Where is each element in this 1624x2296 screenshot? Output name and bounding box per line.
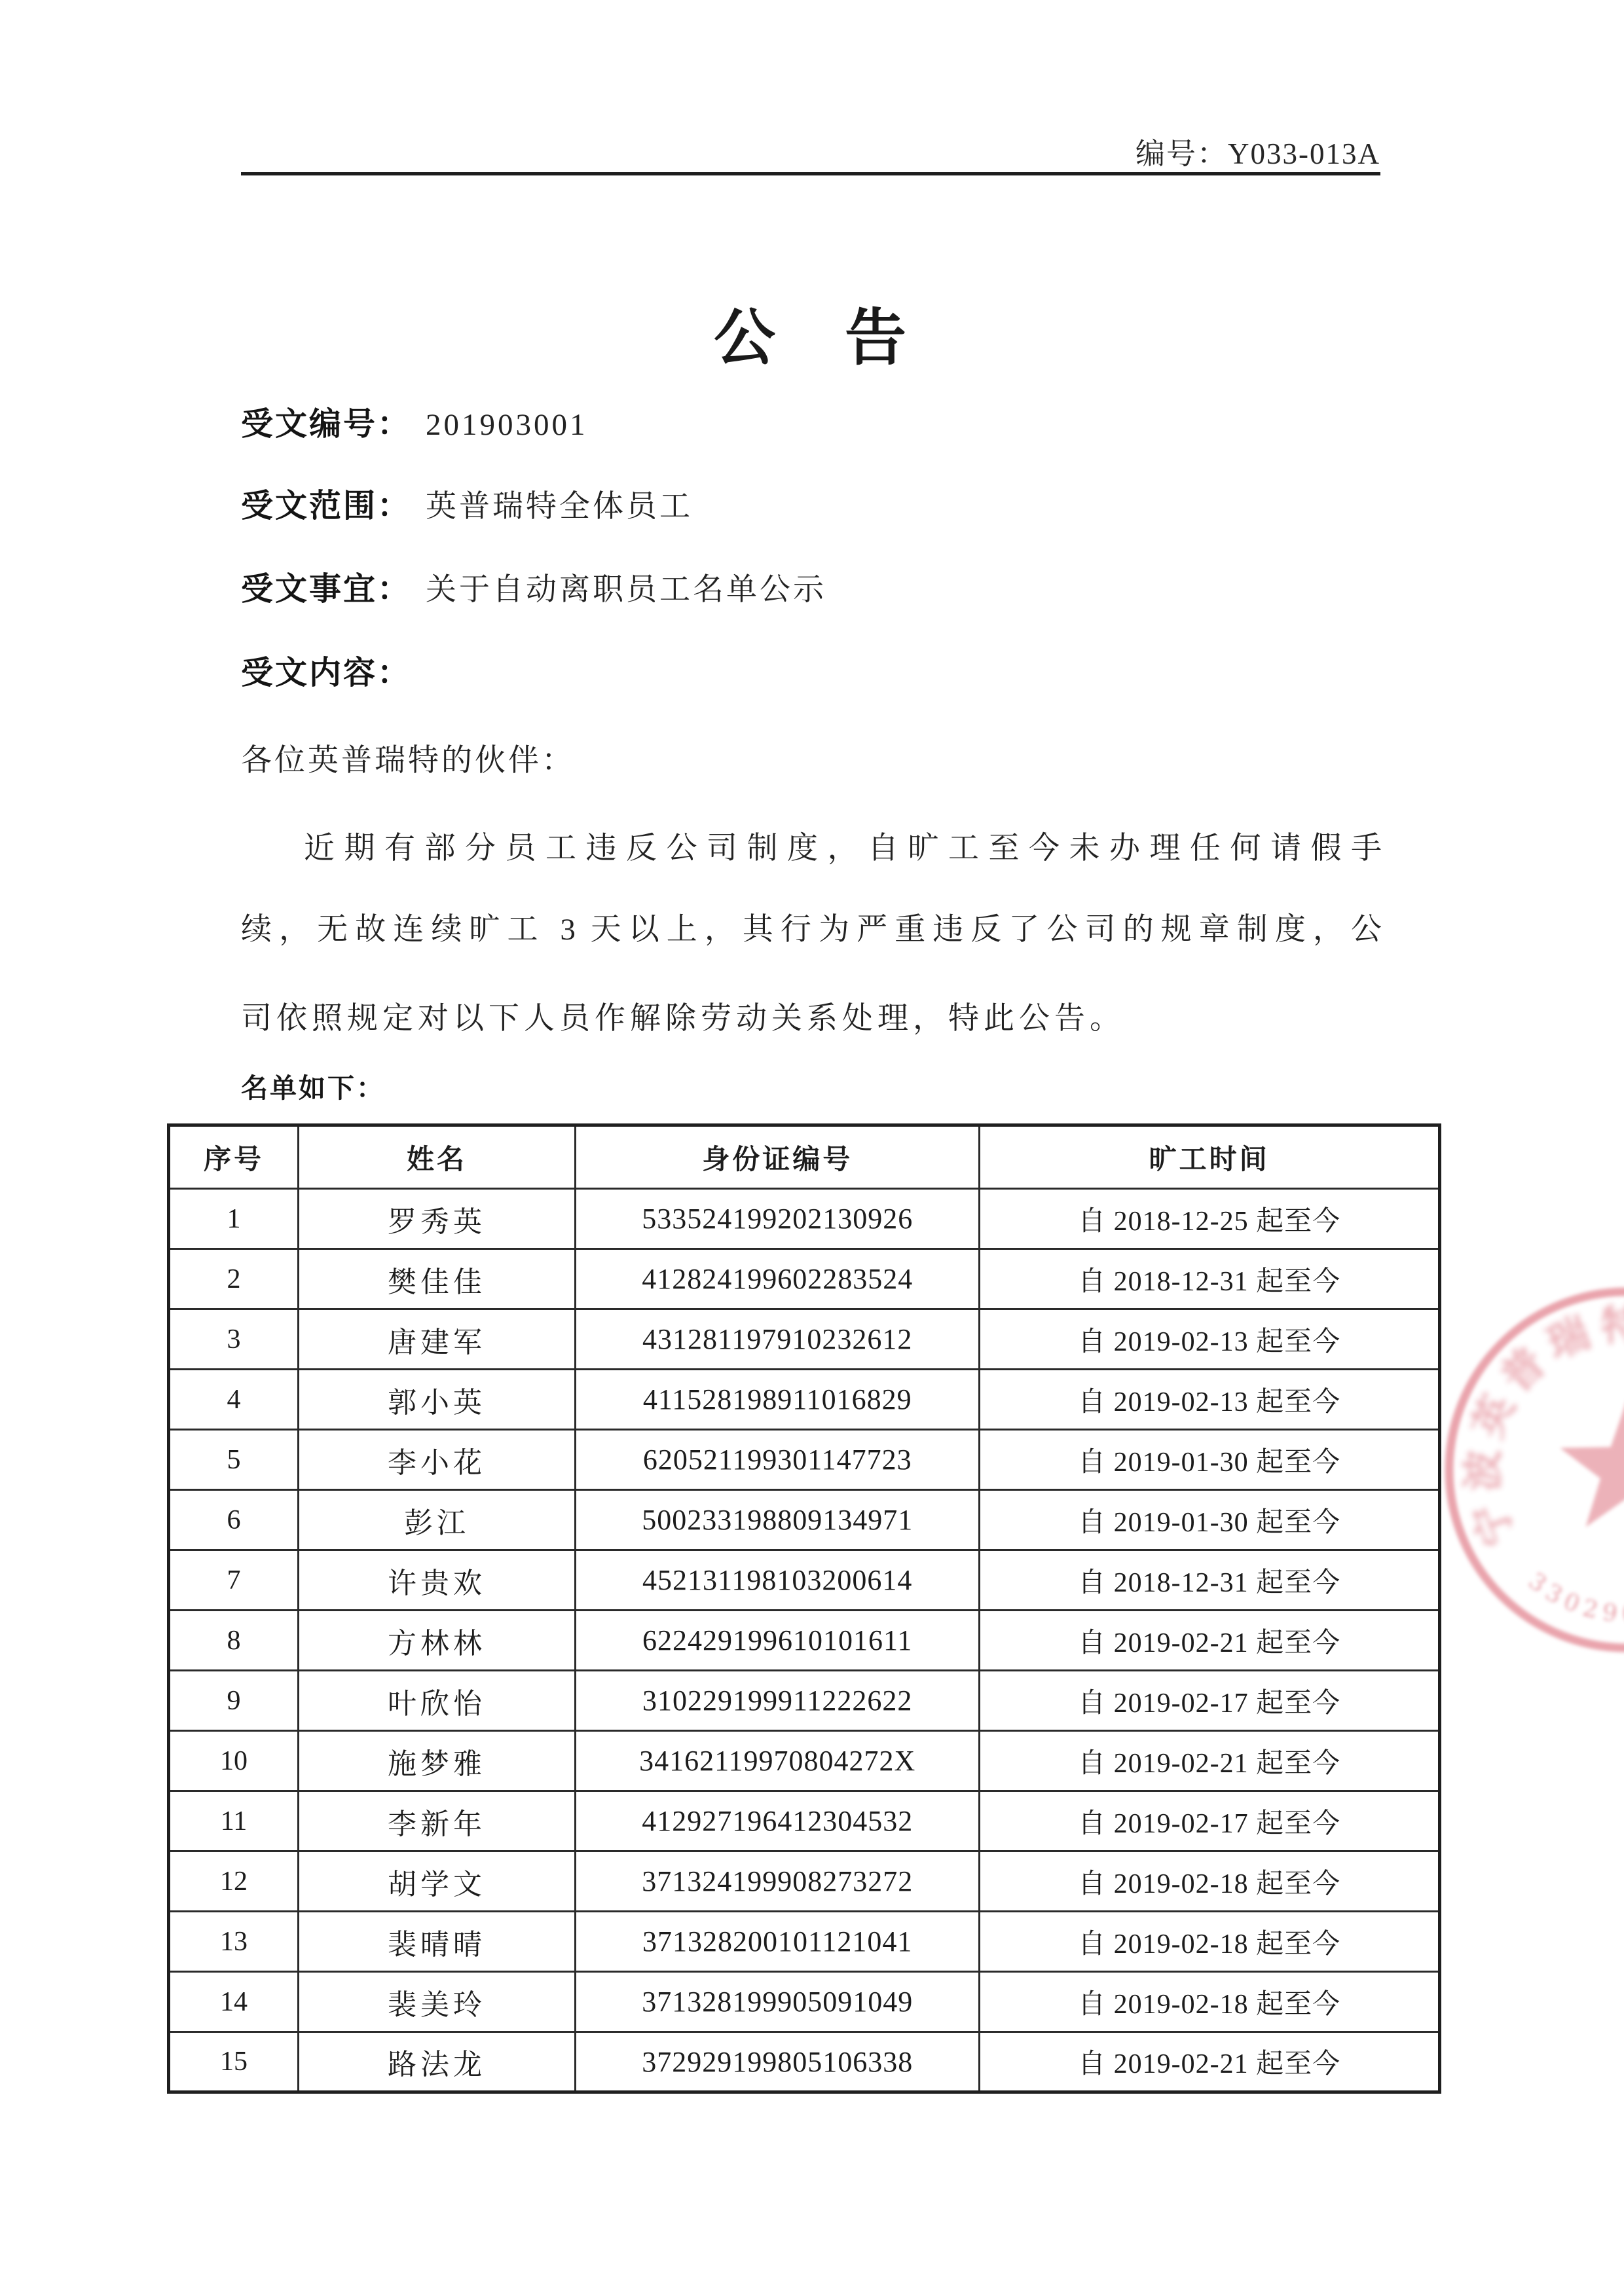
meta-value: 英普瑞特全体员工 bbox=[426, 490, 693, 524]
cell-no: 5 bbox=[169, 1430, 299, 1490]
cell-absence-period: 自 2019-02-18 起至今 bbox=[980, 1851, 1440, 1912]
cell-absence-period: 自 2019-02-21 起至今 bbox=[980, 1731, 1440, 1791]
cell-name: 路法龙 bbox=[298, 2032, 575, 2092]
meta-line: 受文编号：201903001 bbox=[241, 404, 1393, 452]
cell-id-number: 372929199805106338 bbox=[576, 2032, 980, 2092]
meta-value: 关于自动离职员工名单公示 bbox=[426, 573, 826, 607]
cell-no: 13 bbox=[169, 1912, 299, 1972]
cell-no: 3 bbox=[169, 1309, 299, 1370]
cell-absence-period: 自 2019-02-17 起至今 bbox=[980, 1791, 1440, 1851]
table-row: 3 唐建军 431281197910232612 自 2019-02-13 起至… bbox=[169, 1309, 1440, 1370]
cell-absence-period: 自 2019-01-30 起至今 bbox=[980, 1490, 1440, 1550]
cell-id-number: 500233198809134971 bbox=[576, 1490, 980, 1550]
cell-id-number: 620521199301147723 bbox=[576, 1430, 980, 1490]
cell-absence-period: 自 2019-02-21 起至今 bbox=[980, 2032, 1440, 2092]
cell-name: 方林林 bbox=[298, 1611, 575, 1671]
cell-name: 裴晴晴 bbox=[298, 1912, 575, 1972]
table-row: 5 李小花 620521199301147723 自 2019-01-30 起至… bbox=[169, 1430, 1440, 1490]
cell-absence-period: 自 2018-12-25 起至今 bbox=[980, 1189, 1440, 1249]
cell-id-number: 371328199905091049 bbox=[576, 1972, 980, 2032]
table-row: 1 罗秀英 533524199202130926 自 2018-12-25 起至… bbox=[169, 1189, 1440, 1249]
table-row: 15 路法龙 372929199805106338 自 2019-02-21 起… bbox=[169, 2032, 1440, 2092]
col-header-no: 序号 bbox=[169, 1125, 299, 1189]
cell-name: 郭小英 bbox=[298, 1370, 575, 1430]
cell-name: 唐建军 bbox=[298, 1309, 575, 1370]
header-rule bbox=[241, 172, 1380, 175]
cell-name: 罗秀英 bbox=[298, 1189, 575, 1249]
cell-name: 施梦雅 bbox=[298, 1731, 575, 1791]
cell-no: 14 bbox=[169, 1972, 299, 2032]
cell-absence-period: 自 2018-12-31 起至今 bbox=[980, 1249, 1440, 1309]
cell-id-number: 412927196412304532 bbox=[576, 1791, 980, 1851]
meta-line: 受文事宜：关于自动离职员工名单公示 bbox=[241, 569, 1393, 617]
cell-name: 樊佳佳 bbox=[298, 1249, 575, 1309]
cell-no: 9 bbox=[169, 1671, 299, 1731]
paragraph-line: 续，无故连续旷工 3 天以上，其行为严重违反了公司的规章制度，公 bbox=[241, 909, 1382, 952]
meta-label: 受文内容： bbox=[241, 655, 411, 691]
table-header-row: 序号 姓名 身份证编号 旷工时间 bbox=[169, 1125, 1440, 1189]
table-row: 7 许贵欢 452131198103200614 自 2018-12-31 起至… bbox=[169, 1550, 1440, 1611]
cell-absence-period: 自 2018-12-31 起至今 bbox=[980, 1550, 1440, 1611]
red-company-seal-stamp: 宁波英普瑞特有限公司 330290000 bbox=[1441, 1273, 1624, 1666]
table-row: 6 彭江 500233198809134971 自 2019-01-30 起至今 bbox=[169, 1490, 1440, 1550]
meta-line: 受文范围：英普瑞特全体员工 bbox=[241, 486, 1393, 534]
col-header-name: 姓名 bbox=[298, 1125, 575, 1189]
paragraph-line: 司依照规定对以下人员作解除劳动关系处理，特此公告。 bbox=[241, 998, 1382, 1041]
cell-no: 10 bbox=[169, 1731, 299, 1791]
cell-name: 许贵欢 bbox=[298, 1550, 575, 1611]
paragraph-line: 近期有部分员工违反公司制度，自旷工至今未办理任何请假手 bbox=[241, 828, 1382, 871]
cell-name: 胡学文 bbox=[298, 1851, 575, 1912]
cell-absence-period: 自 2019-02-18 起至今 bbox=[980, 1912, 1440, 1972]
cell-id-number: 533524199202130926 bbox=[576, 1189, 980, 1249]
cell-no: 15 bbox=[169, 2032, 299, 2092]
table-row: 13 裴晴晴 371328200101121041 自 2019-02-18 起… bbox=[169, 1912, 1440, 1972]
cell-no: 11 bbox=[169, 1791, 299, 1851]
table-row: 12 胡学文 371324199908273272 自 2019-02-18 起… bbox=[169, 1851, 1440, 1912]
cell-absence-period: 自 2019-02-17 起至今 bbox=[980, 1671, 1440, 1731]
meta-line: 受文内容： bbox=[241, 653, 1393, 701]
greeting-line: 各位英普瑞特的伙伴： bbox=[241, 740, 1393, 782]
cell-id-number: 412824199602283524 bbox=[576, 1249, 980, 1309]
doc-number: 编号：Y033-013A bbox=[242, 136, 1380, 172]
col-header-id: 身份证编号 bbox=[576, 1125, 980, 1189]
cell-name: 叶欣怡 bbox=[298, 1671, 575, 1731]
dismissed-employees-table: 序号 姓名 身份证编号 旷工时间 1 罗秀英 53352419920213092… bbox=[167, 1123, 1441, 2094]
meta-label: 受文范围： bbox=[241, 488, 411, 524]
cell-name: 裴美玲 bbox=[298, 1972, 575, 2032]
cell-id-number: 411528198911016829 bbox=[576, 1370, 980, 1430]
table-row: 11 李新年 412927196412304532 自 2019-02-17 起… bbox=[169, 1791, 1440, 1851]
cell-no: 2 bbox=[169, 1249, 299, 1309]
cell-name: 李小花 bbox=[298, 1430, 575, 1490]
col-header-period: 旷工时间 bbox=[980, 1125, 1440, 1189]
table-row: 10 施梦雅 34162119970804272X 自 2019-02-21 起… bbox=[169, 1731, 1440, 1791]
table-row: 4 郭小英 411528198911016829 自 2019-02-13 起至… bbox=[169, 1370, 1440, 1430]
cell-id-number: 431281197910232612 bbox=[576, 1309, 980, 1370]
table-row: 2 樊佳佳 412824199602283524 自 2018-12-31 起至… bbox=[169, 1249, 1440, 1309]
cell-absence-period: 自 2019-02-21 起至今 bbox=[980, 1611, 1440, 1671]
cell-id-number: 622429199610101611 bbox=[576, 1611, 980, 1671]
cell-absence-period: 自 2019-02-13 起至今 bbox=[980, 1370, 1440, 1430]
cell-id-number: 310229199911222622 bbox=[576, 1671, 980, 1731]
meta-value: 201903001 bbox=[426, 408, 588, 442]
cell-no: 8 bbox=[169, 1611, 299, 1671]
table-row: 14 裴美玲 371328199905091049 自 2019-02-18 起… bbox=[169, 1972, 1440, 2032]
cell-name: 彭江 bbox=[298, 1490, 575, 1550]
seal-star-icon bbox=[1560, 1399, 1624, 1527]
scanned-announcement-page: 编号：Y033-013A 公 告 受文编号：201903001 受文范围：英普瑞… bbox=[0, 0, 1624, 2296]
meta-label: 受文编号： bbox=[241, 406, 411, 442]
table-row: 8 方林林 622429199610101611 自 2019-02-21 起至… bbox=[169, 1611, 1440, 1671]
cell-id-number: 452131198103200614 bbox=[576, 1550, 980, 1611]
cell-absence-period: 自 2019-02-13 起至今 bbox=[980, 1309, 1440, 1370]
cell-absence-period: 自 2019-01-30 起至今 bbox=[980, 1430, 1440, 1490]
cell-no: 1 bbox=[169, 1189, 299, 1249]
cell-no: 4 bbox=[169, 1370, 299, 1430]
cell-id-number: 371324199908273272 bbox=[576, 1851, 980, 1912]
meta-label: 受文事宜： bbox=[241, 571, 411, 607]
page-title: 公 告 bbox=[242, 302, 1382, 374]
list-intro: 名单如下： bbox=[241, 1071, 830, 1105]
cell-name: 李新年 bbox=[298, 1791, 575, 1851]
cell-absence-period: 自 2019-02-18 起至今 bbox=[980, 1972, 1440, 2032]
cell-no: 6 bbox=[169, 1490, 299, 1550]
table-row: 9 叶欣怡 310229199911222622 自 2019-02-17 起至… bbox=[169, 1671, 1440, 1731]
cell-id-number: 34162119970804272X bbox=[576, 1731, 980, 1791]
cell-no: 7 bbox=[169, 1550, 299, 1611]
cell-no: 12 bbox=[169, 1851, 299, 1912]
cell-id-number: 371328200101121041 bbox=[576, 1912, 980, 1972]
